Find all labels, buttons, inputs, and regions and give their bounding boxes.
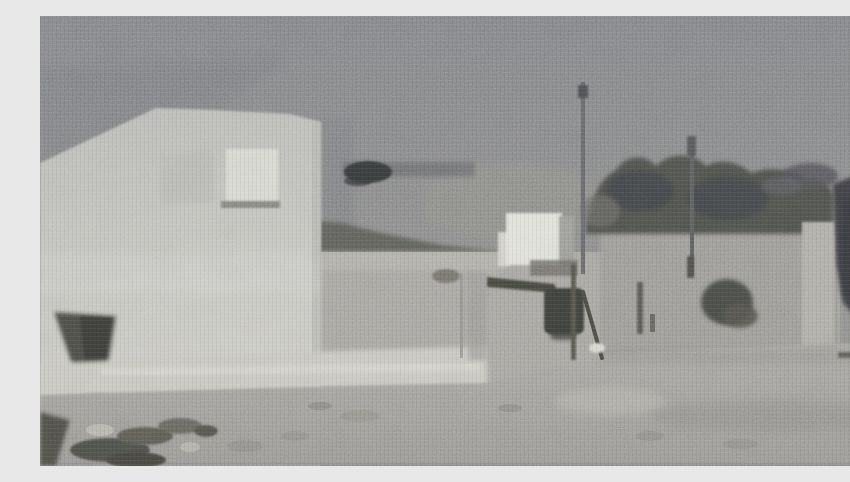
- photo-canvas: [40, 16, 850, 466]
- scanned-photo: Grainy black-and-white scanned photograp…: [40, 16, 850, 466]
- scan-artifacts: [40, 16, 850, 466]
- scanline-texture: [40, 16, 850, 466]
